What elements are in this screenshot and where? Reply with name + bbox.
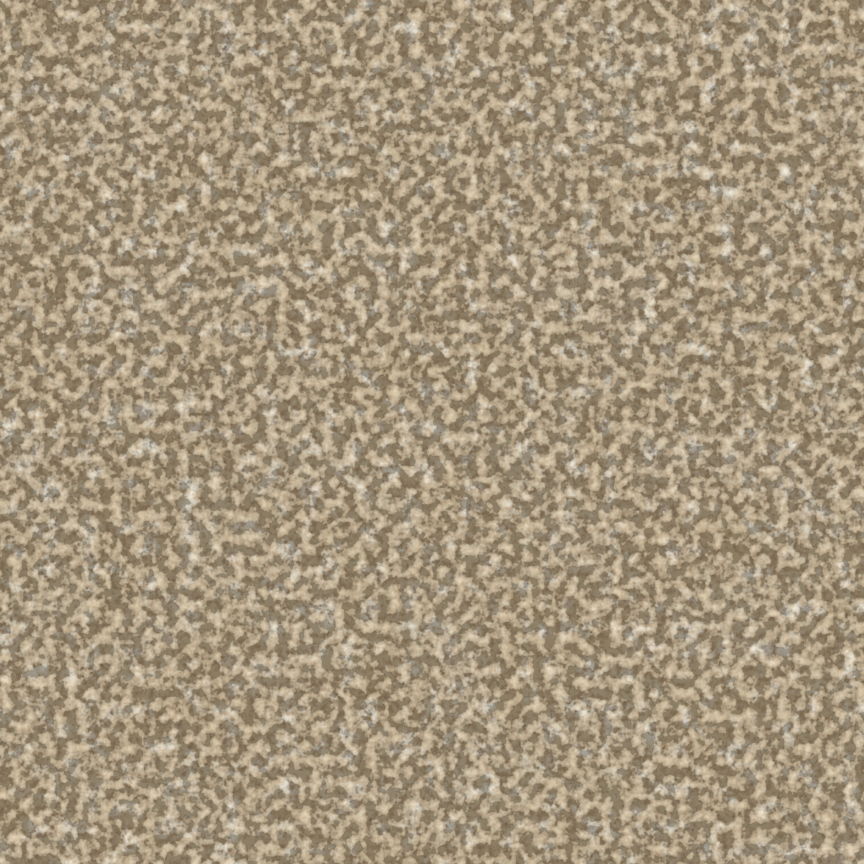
carpet-texture-photo bbox=[0, 0, 864, 864]
carpet-texture-render bbox=[0, 0, 864, 864]
